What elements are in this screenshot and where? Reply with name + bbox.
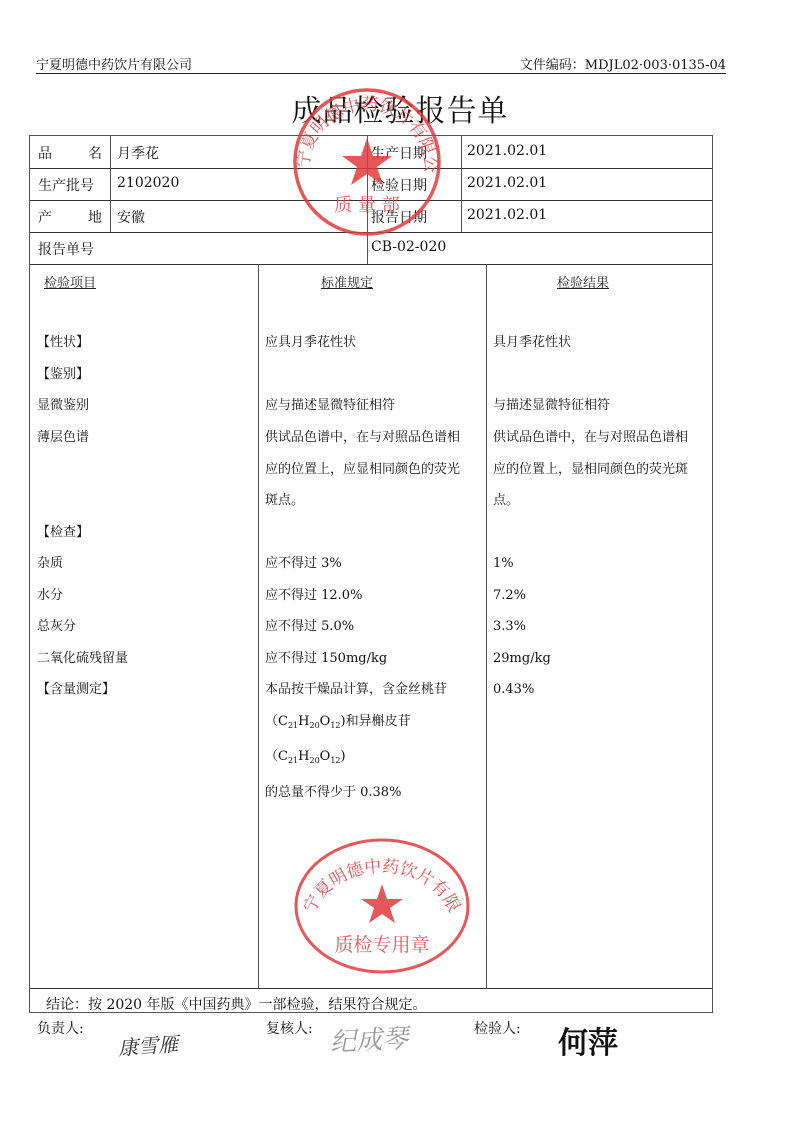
inspector-signature: 何萍 xyxy=(558,1018,618,1062)
production-date-label: 生产日期 xyxy=(371,143,427,163)
label-char: 品 xyxy=(38,143,52,163)
text-line: 本品按干燥品计算，含金丝桃苷 xyxy=(265,674,487,706)
standard-impurity: 应不得过 3% xyxy=(265,554,342,574)
standard-so2: 应不得过 150mg/kg xyxy=(265,649,387,669)
item-impurity: 杂质 xyxy=(37,554,63,574)
row-divider xyxy=(30,232,712,233)
production-date: 2021.02.01 xyxy=(467,143,547,159)
item-assay: 【含量测定】 xyxy=(37,680,115,700)
text-line: 应的位置上，应显相同颜色的荧光 xyxy=(265,454,487,486)
col-header-item: 检验项目 xyxy=(44,272,96,291)
result-impurity: 1% xyxy=(493,554,514,574)
file-code-label: 文件编码： xyxy=(520,58,585,73)
standard-appearance: 应具月季花性状 xyxy=(265,333,356,353)
inspector-label: 检验人: xyxy=(474,1018,521,1038)
batch-label: 生产批号 xyxy=(38,175,94,195)
col-divider xyxy=(486,264,487,988)
text-line: 应的位置上，显相同颜色的荧光斑 xyxy=(493,454,715,486)
row-divider xyxy=(30,988,712,989)
responsible-signature: 康雪雁 xyxy=(117,1028,179,1061)
conclusion: 结论：按 2020 年版《中国药典》一部检验，结果符合规定。 xyxy=(46,994,427,1014)
result-so2: 29mg/kg xyxy=(493,649,551,669)
reviewer-signature: 纪成琴 xyxy=(329,1018,409,1059)
text-line: 供试品色谱中，在与对照品色谱相 xyxy=(493,422,715,454)
result-appearance: 具月季花性状 xyxy=(493,333,571,353)
product-name-label: 品名 xyxy=(38,143,102,163)
standard-assay: 本品按干燥品计算，含金丝桃苷 （C21H20O12)和异槲皮苷（C21H20O1… xyxy=(265,674,487,808)
origin: 安徽 xyxy=(117,207,145,227)
row-divider xyxy=(30,168,712,169)
report-no-label: 报告单号 xyxy=(38,239,94,259)
text-line: （C21H20O12)和异槲皮苷（C21H20O12) xyxy=(265,706,487,777)
report-date: 2021.02.01 xyxy=(467,207,547,223)
item-microscopic: 显微鉴别 xyxy=(37,396,89,416)
text-line: 供试品色谱中，在与对照品色谱相 xyxy=(265,422,487,454)
standard-moisture: 应不得过 12.0% xyxy=(265,586,362,606)
text-line: 点。 xyxy=(493,485,715,517)
item-moisture: 水分 xyxy=(37,586,63,606)
report-table xyxy=(29,135,713,1013)
col-divider xyxy=(110,136,111,232)
item-appearance: 【性状】 xyxy=(37,333,89,353)
file-code-value: MDJL02·003·0135-04 xyxy=(585,58,726,73)
result-tlc: 供试品色谱中，在与对照品色谱相 应的位置上，显相同颜色的荧光斑 点。 xyxy=(493,422,715,517)
label-char: 产 xyxy=(38,207,52,227)
origin-label: 产地 xyxy=(38,207,102,227)
text-line: 斑点。 xyxy=(265,485,487,517)
batch-number: 2102020 xyxy=(117,175,179,191)
col-divider xyxy=(367,136,368,264)
item-total-ash: 总灰分 xyxy=(37,617,76,637)
row-divider xyxy=(30,200,712,201)
inspection-date: 2021.02.01 xyxy=(467,175,547,191)
item-identification: 【鉴别】 xyxy=(37,365,89,385)
col-divider xyxy=(461,136,462,232)
item-inspection: 【检查】 xyxy=(37,523,89,543)
label-char: 地 xyxy=(88,207,102,227)
result-assay: 0.43% xyxy=(493,680,534,700)
item-tlc: 薄层色谱 xyxy=(37,428,89,448)
product-name: 月季花 xyxy=(117,143,159,163)
row-divider xyxy=(30,264,712,265)
company-name: 宁夏明德中药饮片有限公司 xyxy=(36,54,192,73)
item-so2: 二氧化硫残留量 xyxy=(37,649,128,669)
reviewer-label: 复核人: xyxy=(266,1018,313,1038)
result-microscopic: 与描述显微特征相符 xyxy=(493,396,610,416)
label-char: 名 xyxy=(88,143,102,163)
report-date-label: 报告日期 xyxy=(371,207,427,227)
file-code: 文件编码：MDJL02·003·0135-04 xyxy=(520,54,726,73)
col-header-result: 检验结果 xyxy=(557,272,609,291)
standard-total-ash: 应不得过 5.0% xyxy=(265,617,354,637)
document-title: 成品检验报告单 xyxy=(0,86,800,130)
result-moisture: 7.2% xyxy=(493,586,526,606)
standard-microscopic: 应与描述显微特征相符 xyxy=(265,396,395,416)
text-line: 的总量不得少于 0.38% xyxy=(265,777,487,809)
inspection-date-label: 检验日期 xyxy=(371,175,427,195)
header-rule xyxy=(36,73,726,74)
responsible-label: 负责人: xyxy=(37,1018,84,1038)
standard-tlc: 供试品色谱中，在与对照品色谱相 应的位置上，应显相同颜色的荧光 斑点。 xyxy=(265,422,487,517)
result-total-ash: 3.3% xyxy=(493,617,526,637)
report-no: CB-02-020 xyxy=(371,239,446,255)
col-divider xyxy=(258,264,259,988)
col-header-standard: 标准规定 xyxy=(321,272,373,291)
